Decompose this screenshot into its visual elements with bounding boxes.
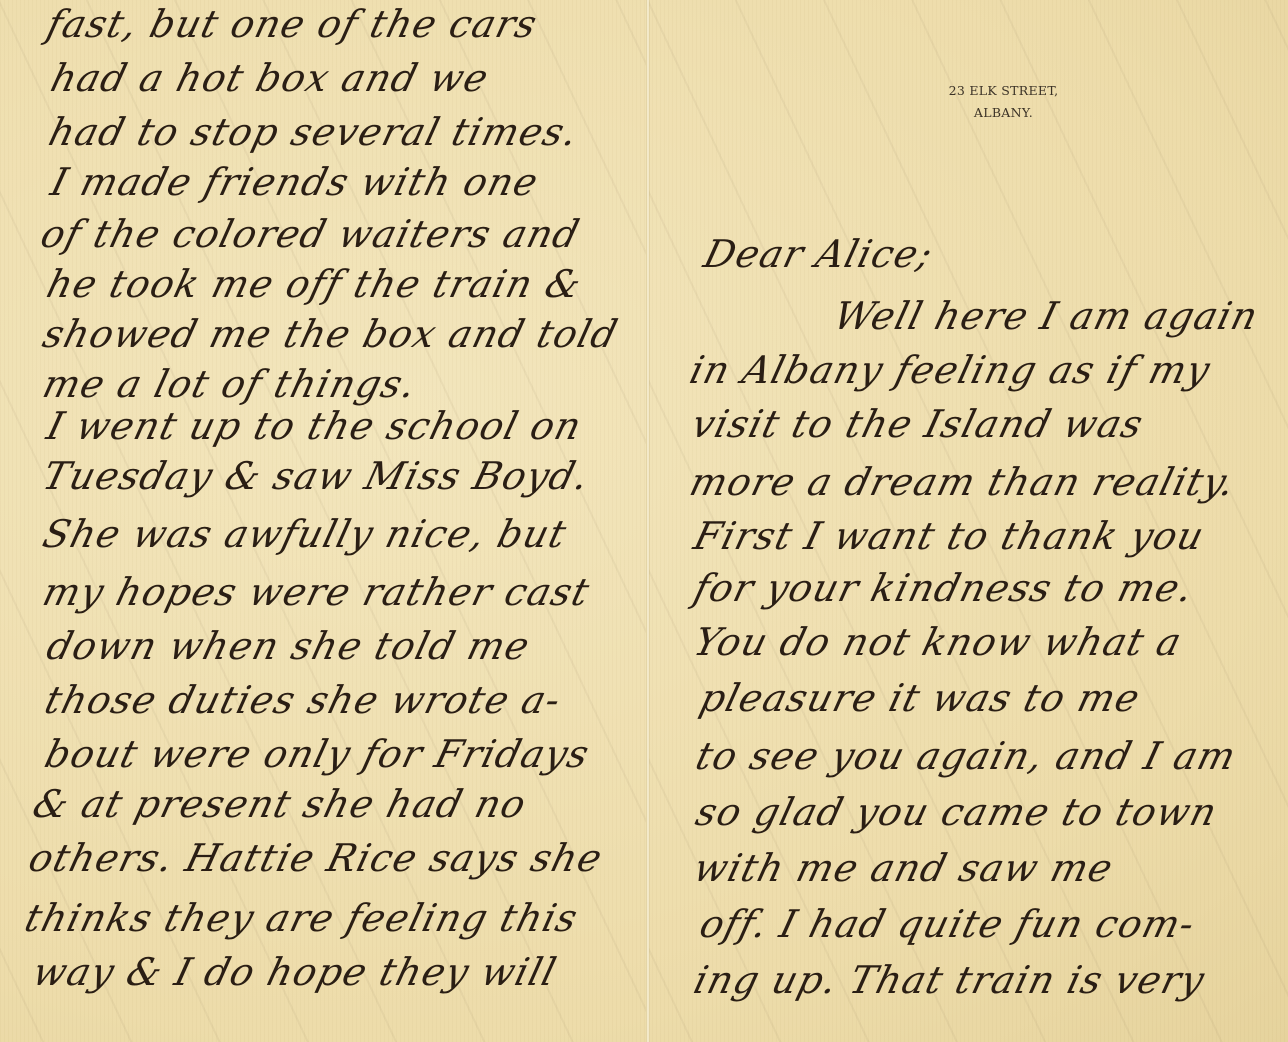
handwritten-line: in Albany feeling as if my <box>686 348 1216 392</box>
handwritten-line: had a hot box and we <box>47 56 494 100</box>
handwritten-line: I went up to the school on <box>43 404 587 448</box>
handwritten-line: of the colored waiters and <box>37 212 585 256</box>
handwritten-line: way & I do hope they will <box>29 950 562 994</box>
handwritten-line: so glad you came to town <box>692 790 1223 834</box>
letterhead-city: ALBANY. <box>649 102 1288 124</box>
handwritten-line: Tuesday & saw Miss Boyd. <box>39 454 595 498</box>
handwritten-line: had to stop several times. <box>45 110 584 154</box>
handwritten-line: pleasure it was to me <box>696 676 1146 720</box>
handwritten-line: visit to the Island was <box>688 402 1149 446</box>
letterhead-street: 23 ELK STREET, <box>649 80 1288 102</box>
handwritten-line: Well here I am again <box>830 294 1264 338</box>
handwritten-line: First I want to thank you <box>690 514 1210 558</box>
salutation: Dear Alice; <box>700 232 938 276</box>
handwritten-line: I made friends with one <box>47 160 544 204</box>
handwritten-line: thinks they are feeling this <box>21 896 583 940</box>
handwritten-line: he took me off the train & <box>43 262 587 306</box>
handwritten-line: others. Hattie Rice says she <box>25 836 608 880</box>
left-page: fast, but one of the cars had a hot box … <box>0 0 647 1042</box>
handwritten-line: fast, but one of the cars <box>43 2 543 46</box>
handwritten-line: ing up. That train is very <box>690 958 1210 1002</box>
handwritten-line: off. I had quite fun com- <box>696 902 1200 946</box>
handwritten-line: with me and saw me <box>690 846 1119 890</box>
handwritten-line: & at present she had no <box>29 782 532 826</box>
handwritten-line: to see you again, and I am <box>692 734 1242 778</box>
handwritten-line: my hopes were rather cast <box>39 570 595 614</box>
handwritten-line: bout were only for Fridays <box>41 732 595 776</box>
right-page: 23 ELK STREET, ALBANY. Dear Alice; Well … <box>649 0 1288 1042</box>
handwritten-line: You do not know what a <box>690 620 1187 664</box>
handwritten-line: for your kindness to me. <box>690 566 1199 610</box>
handwritten-line: down when she told me <box>43 624 535 668</box>
handwritten-line: She was awfully nice, but <box>39 512 572 556</box>
handwritten-line: showed me the box and told <box>39 312 623 356</box>
letter-sheet: fast, but one of the cars had a hot box … <box>0 0 1288 1042</box>
letterhead: 23 ELK STREET, ALBANY. <box>649 80 1288 124</box>
handwritten-line: more a dream than reality. <box>686 460 1241 504</box>
handwritten-line: me a lot of things. <box>39 362 422 406</box>
handwritten-line: those duties she wrote a- <box>41 678 566 722</box>
